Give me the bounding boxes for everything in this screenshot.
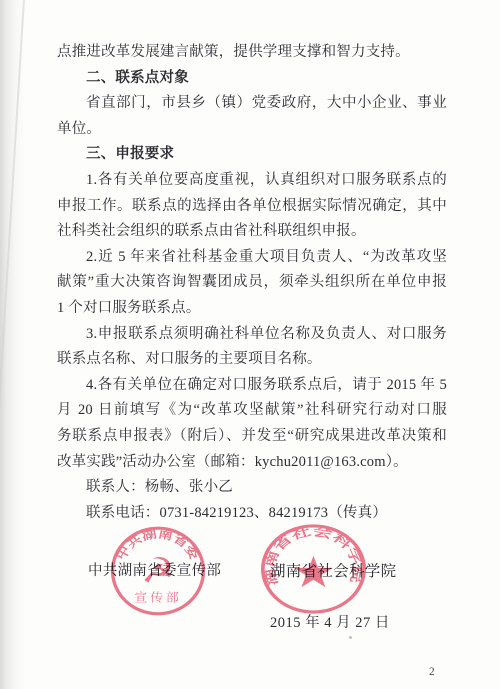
hammer-sickle-icon: ☭	[141, 551, 174, 590]
text-line: 三、申报要求	[57, 142, 447, 168]
text-line: 二、联系点对象	[57, 66, 447, 92]
scan-speck	[349, 636, 352, 639]
left-seal-bottom-text: 宣传部	[134, 591, 181, 605]
text-line: 2.近 5 年来省社科基金重大项目负责人、“为改革攻坚	[57, 245, 447, 271]
text-line: 改革实践”活动办公室（邮箱：kychu2011@163.com）。	[57, 450, 447, 476]
scan-edge-shade	[0, 0, 26, 689]
text-line: 献策”重大决策咨询智囊团成员，须牵头组织所在单位申报	[57, 270, 447, 296]
text-line: 4.各有关单位在确定对口服务联系点后，请于 2015 年 5	[57, 373, 447, 399]
right-official-seal: 湖南省社会科学院 ★	[257, 521, 370, 617]
text-line: 1.各有关单位要高度重视，认真组织对口服务联系点的	[57, 168, 447, 194]
text-line: 1 个对口服务联系点。	[57, 296, 447, 322]
star-icon: ★	[291, 550, 336, 598]
text-line: 联系点名称、对口服务的主要项目名称。	[57, 347, 447, 373]
body-text: 点推进改革发展建言献策，提供学理支撑和智力支持。二、联系点对象省直部门，市县乡（…	[57, 40, 447, 526]
text-line: 3.申报联系点须明确社科单位名称及负责人、对口服务	[57, 322, 447, 348]
text-line: 申报工作。联系点的选择由各单位根据实际情况确定，其中	[57, 194, 447, 220]
scan-crease	[0, 0, 26, 405]
text-line: 月 20 日前填写《为“改革攻坚献策”社科研究行动对口服	[57, 398, 447, 424]
text-line: 点推进改革发展建言献策，提供学理支撑和智力支持。	[57, 40, 447, 66]
text-line: 务联系点申报表》（附后）、并发至“研究成果进改革决策和	[57, 424, 447, 450]
page-number: 2	[429, 666, 435, 678]
text-line: 单位。	[57, 117, 447, 143]
left-official-seal: 中共湖南省委 ☭ 宣传部	[107, 523, 209, 619]
text-line: 联系人：杨畅、张小乙	[57, 475, 447, 501]
text-line: 社科类社会组织的联系点由省社科联组织申报。	[57, 219, 447, 245]
text-line: 省直部门，市县乡（镇）党委政府，大中小企业、事业	[57, 91, 447, 117]
